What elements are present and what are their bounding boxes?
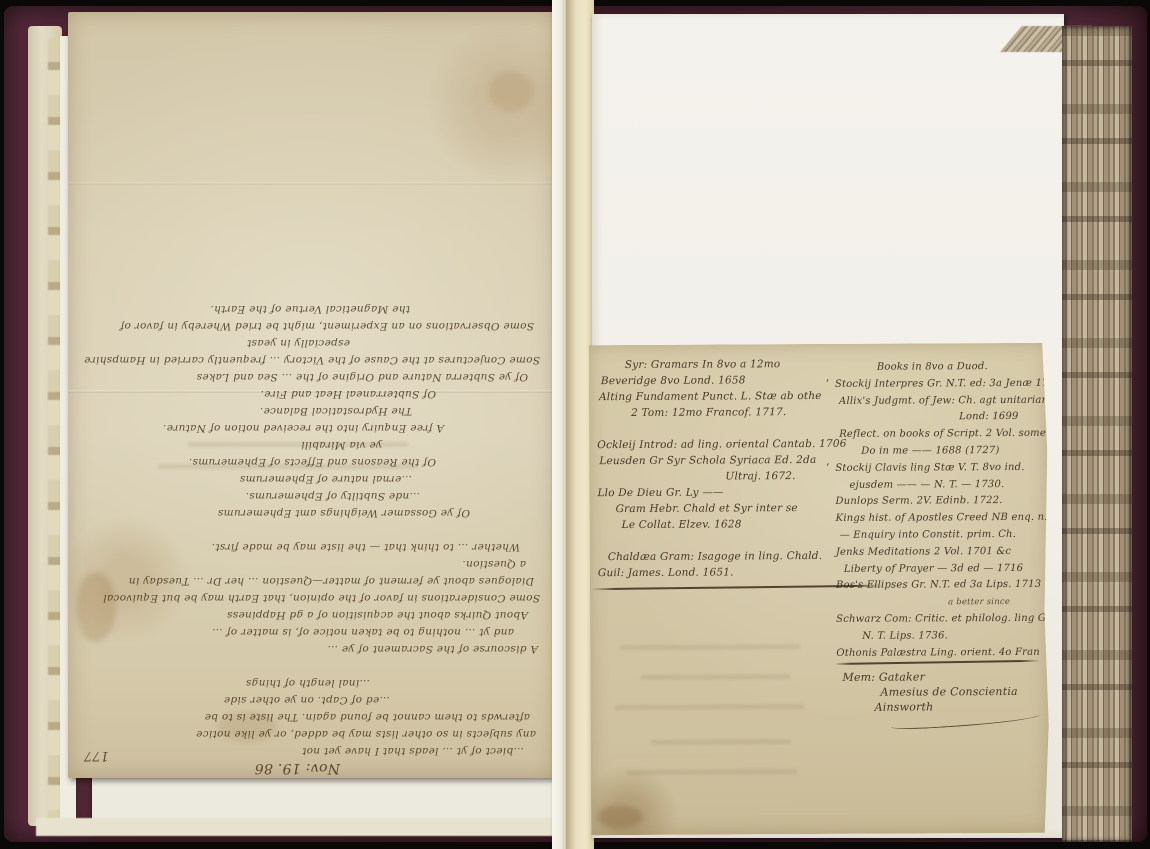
manuscript-line: Liberty of Prayer — 3d ed — 1716: [836, 560, 1046, 578]
memo-line: Amesius de Conscientia: [843, 684, 1043, 700]
manuscript-line: Nov: 19. 86: [78, 759, 540, 776]
manuscript-line: …ernal nature of Ephemerums: [78, 470, 540, 487]
upside-down-manuscript-text: Nov: 19. 86…biect of yt … leads that I h…: [78, 300, 540, 776]
manuscript-line: a Question.: [78, 555, 540, 572]
page-number: 177: [84, 748, 109, 763]
manuscript-line: and yt … nothing to be taken notice of, …: [78, 623, 540, 640]
manuscript-line: …biect of yt … leads that I have yet not: [78, 742, 540, 759]
stain: [597, 805, 643, 829]
manuscript-line: Of ye Subterra Nature and Origine of the…: [78, 368, 540, 385]
ink-showthrough: [620, 644, 800, 650]
manuscript-line: — Enquiry into Constit. prim. Ch.: [836, 527, 1046, 545]
manuscript-line: A free Enquiry into the received notion …: [78, 419, 540, 436]
manuscript-line: a better since: [836, 594, 1046, 612]
note-sheet: Syr: Gramars In 8vo a 12moBeveridge 8vo …: [589, 343, 1050, 835]
manuscript-line: …inal length of things: [78, 674, 540, 691]
manuscript-line: A discourse of the Sacrament of ye …: [78, 640, 540, 657]
ink-showthrough: [651, 739, 791, 745]
manuscript-line: Jenks Meditations 2 Vol. 1701 &c: [836, 544, 1046, 562]
note-sheet-right-column: Books in 8vo a Duod.Stockij Interpres Gr…: [835, 359, 1047, 662]
manuscript-line: Some Conjectures at the Cause of the Vic…: [78, 351, 540, 368]
manuscript-line: the Magnetical Vertue of the Earth.: [78, 300, 540, 317]
manuscript-line: Books in 8vo a Duod.: [835, 359, 1045, 377]
manuscript-line: Kings hist. of Apostles Creed NB enq. n.…: [836, 510, 1046, 528]
manuscript-line: Lond: 1699: [835, 409, 1045, 427]
manuscript-line: Allix's Judgmt. of Jew: Ch. agt unitaria…: [835, 392, 1045, 410]
manuscript-line: Of the Reasons and Effects of Ephemerums…: [78, 453, 540, 470]
manuscript-line: Stockij Interpres Gr. N.T. ed: 3a Jenæ 1…: [835, 376, 1045, 394]
manuscript-line: Whether … to think that — the liste may …: [78, 538, 540, 555]
ink-showthrough: [627, 769, 797, 775]
manuscript-line: ejusdem —— — N. T. — 1730.: [835, 476, 1045, 494]
manuscript-line: [78, 521, 540, 538]
ink-showthrough: [640, 674, 790, 680]
text-block-fore-edge: [1062, 26, 1132, 842]
memo-line: Mem: Gataker: [842, 669, 1042, 685]
manuscript-line: Stockij Clavis ling Stæ V. T. 8vo ind.: [835, 460, 1045, 478]
manuscript-line: Some Considerations in favor of the opin…: [78, 589, 540, 606]
manuscript-line: Do in me —— 1688 (1727): [835, 443, 1045, 461]
manuscript-line: especially in yeast: [78, 334, 540, 351]
bottom-page-edge: [36, 818, 556, 836]
manuscript-line: About Quirks about the acquisition of a …: [78, 606, 540, 623]
manuscript-line: afterwds to them cannot be found again. …: [78, 708, 540, 725]
manuscript-line: any subjects in so other lists may be ad…: [78, 725, 540, 742]
manuscript-line: N. T. Lips. 1736.: [836, 628, 1046, 646]
ink-showthrough: [615, 704, 805, 710]
manuscript-line: Dunlops Serm. 2V. Edinb. 1722.: [836, 493, 1046, 511]
photograph-of-open-manuscript-book: Nov: 19. 86…biect of yt … leads that I h…: [0, 0, 1150, 849]
manuscript-line: [78, 657, 540, 674]
manuscript-line: …nde Subtilty of Ephemerums.: [78, 487, 540, 504]
manuscript-line: …ed of Capt. on ye other side: [78, 691, 540, 708]
manuscript-line: Reflect. on books of Script. 2 Vol. some…: [835, 426, 1045, 444]
manuscript-line: Of ye Gossamer Weighings amt Ephemerums: [78, 504, 540, 521]
manuscript-line: Schwarz Com: Critic. et philolog. ling G…: [836, 611, 1046, 629]
fold-crease: [68, 182, 555, 185]
manuscript-line: Dialogues about ye ferment of matter—Que…: [78, 572, 540, 589]
manuscript-line: ye via Mirabili: [78, 436, 540, 453]
memo-block: Mem: GatakerAmesius de ConscientiaAinswo…: [842, 669, 1042, 715]
manuscript-line: Of Subterraneal Heat and Fire.: [78, 385, 540, 402]
stain: [488, 72, 534, 112]
manuscript-line: The Hydrostatical Balance.: [78, 402, 540, 419]
manuscript-line: Some Observations on an Experiment, migh…: [78, 317, 540, 334]
